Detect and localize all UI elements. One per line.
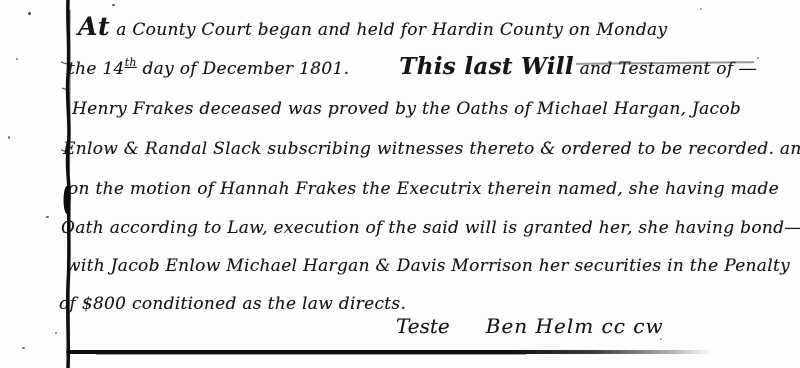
clerk-signature: Ben Helm cc cw: [486, 314, 664, 338]
line-4-text: Enlow & Randal Slack subscribing witness…: [63, 139, 800, 159]
text-line-4: Enlow & Randal Slack subscribing witness…: [63, 139, 800, 159]
will-heading: This last Will: [399, 53, 574, 80]
text-line-2: the 14th day of December 1801.This last …: [68, 53, 756, 80]
ink-speck: [55, 332, 57, 334]
ink-speck: [660, 338, 662, 340]
ink-speck: [8, 136, 10, 139]
bottom-rule: [66, 350, 712, 354]
ink-speck: [16, 58, 18, 60]
ink-speck: [46, 216, 49, 218]
line-7-text: with Jacob Enlow Michael Hargan & Davis …: [66, 256, 790, 276]
opening-word: At: [78, 12, 111, 41]
text-line-6: Oath according to Law, execution of the …: [61, 218, 800, 238]
text-line-3: Henry Frakes deceased was proved by the …: [72, 99, 741, 119]
text-line-1: At a County Court began and held for Har…: [78, 12, 667, 41]
ink-speck: [112, 4, 115, 6]
ink-speck: [28, 12, 31, 15]
text-line-5: on the motion of Hannah Frakes the Execu…: [68, 179, 779, 199]
date-rest: day of December 1801.: [137, 59, 350, 79]
document-scan: At a County Court began and held for Har…: [0, 0, 800, 368]
date-text: the 14: [68, 59, 125, 79]
ordinal-suffix: th: [125, 56, 137, 69]
line-5-text: on the motion of Hannah Frakes the Execu…: [68, 179, 779, 199]
line-6-text: Oath according to Law, execution of the …: [61, 218, 800, 238]
line-1-text: a County Court began and held for Hardin…: [111, 20, 668, 40]
ink-speck: [700, 8, 702, 10]
teste-word: Teste: [396, 314, 450, 338]
ink-speck: [22, 347, 25, 349]
text-line-8: of $800 conditioned as the law directs.: [59, 294, 406, 314]
bottom-rule-echo: [96, 354, 526, 355]
line-3-text: Henry Frakes deceased was proved by the …: [72, 99, 741, 119]
attestation-block: TesteBen Helm cc cw: [396, 314, 664, 338]
line-8-text: of $800 conditioned as the law directs.: [59, 294, 406, 314]
text-line-7: with Jacob Enlow Michael Hargan & Davis …: [66, 256, 790, 276]
ink-speck: [757, 57, 759, 59]
